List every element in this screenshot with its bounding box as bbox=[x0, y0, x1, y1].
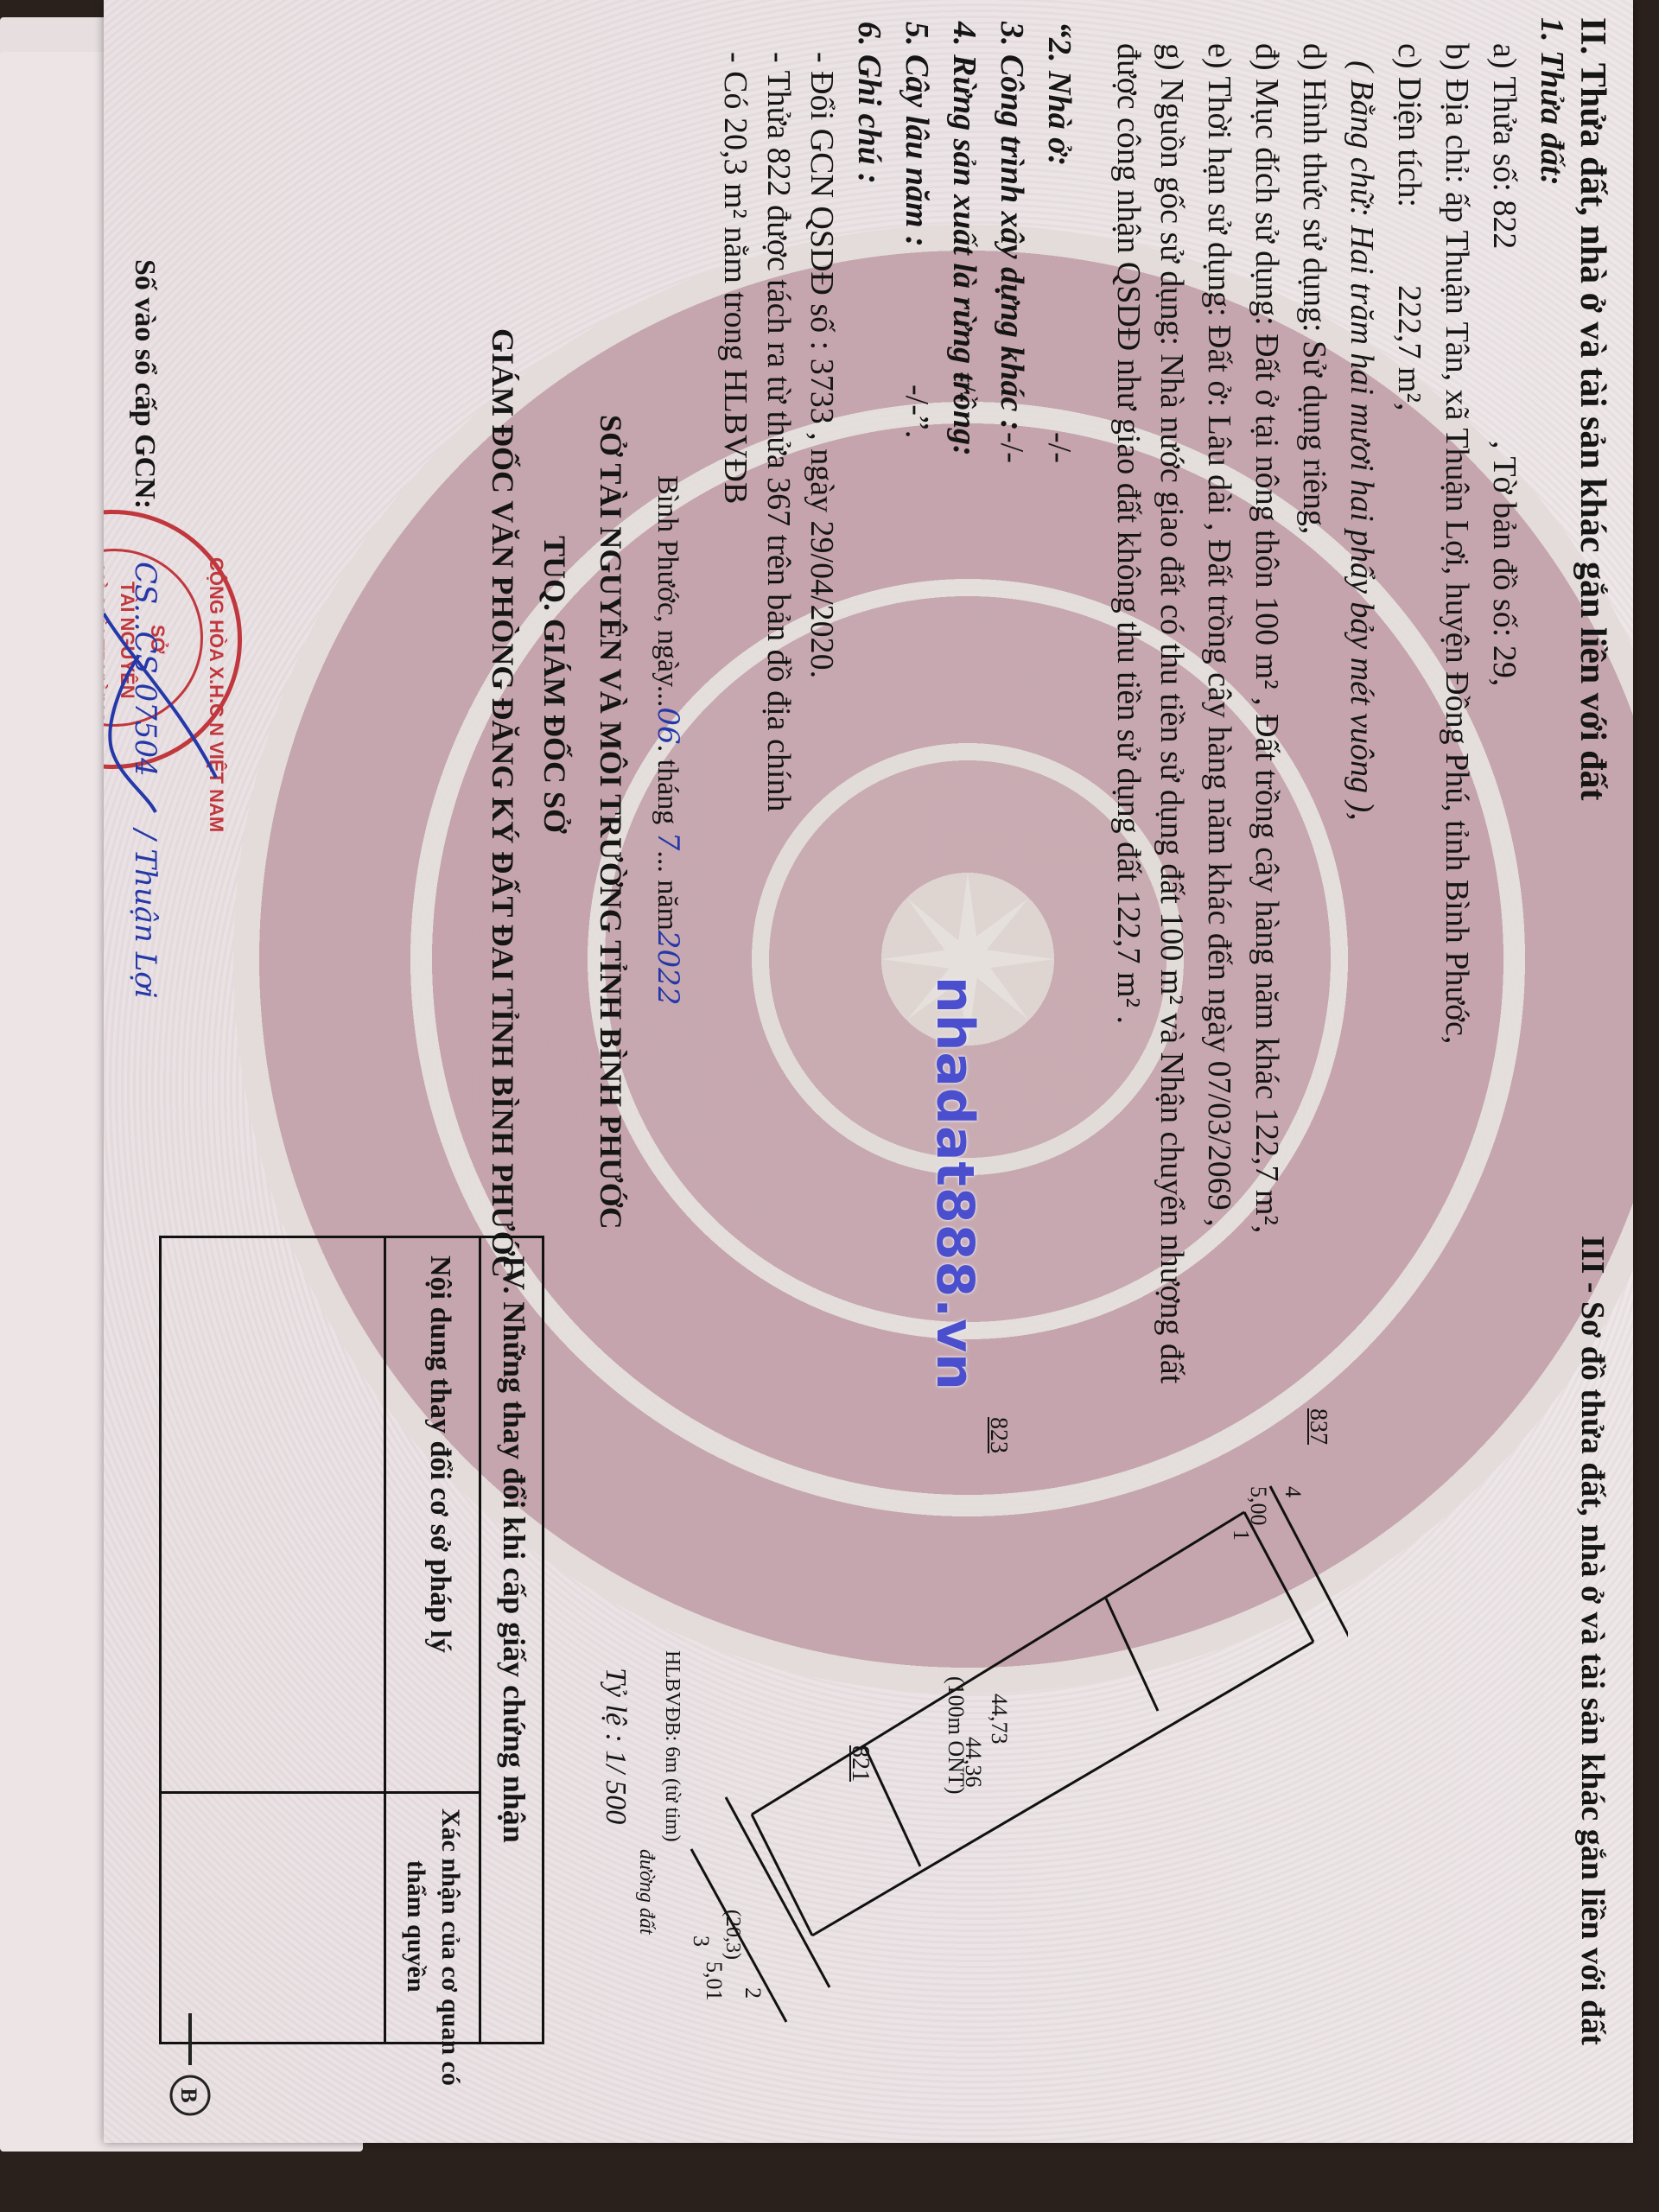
neighbor-parcel: 837 bbox=[1306, 1408, 1331, 1445]
registry-commune: / Thuận Lợi bbox=[129, 829, 160, 999]
plan-scale: Tỷ lệ : 1/ 500 bbox=[600, 1668, 631, 1824]
place-date-prefix: Bình Phước, ngày... bbox=[652, 475, 683, 707]
north-symbol: B bbox=[176, 2088, 201, 2102]
document-stage: II. Thửa đất, nhà ở và tài sản khác gắn … bbox=[0, 0, 1659, 2212]
land-certificate-page: II. Thửa đất, nhà ở và tài sản khác gắn … bbox=[104, 0, 1633, 2143]
north-arrow: B bbox=[160, 2013, 216, 2134]
area-label: c) Diện tích: bbox=[1391, 43, 1426, 207]
notes-heading: 6. Ghi chú : bbox=[851, 22, 886, 184]
issuing-agency: SỞ TÀI NGUYÊN VÀ MÔI TRƯỜNG TỈNH BÌNH PH… bbox=[594, 415, 626, 1230]
registry-label: Số vào sổ cấp GCN: bbox=[129, 259, 160, 509]
section3-title: III - Sơ đồ thửa đất, nhà ở và tài sản k… bbox=[1574, 1236, 1609, 2045]
site-watermark: nhadat888.vn bbox=[925, 976, 985, 1391]
perennial-label: 5. Cây lâu năm : bbox=[899, 22, 933, 247]
section4-title: IV. Những thay đổi khi cấp giấy chứng nh… bbox=[497, 1255, 530, 1843]
changes-table: IV. Những thay đổi khi cấp giấy chứng nh… bbox=[159, 1236, 544, 2044]
origin-line-2: được công nhận QSDĐ như giao đất không t… bbox=[1110, 43, 1145, 1024]
edge-length-bottom: 5,01 bbox=[702, 1961, 726, 2001]
signer-title: GIÁM ĐỐC VĂN PHÒNG ĐĂNG KÝ ĐẤT ĐAI TỈNH … bbox=[486, 328, 518, 1278]
plan-point: 1 bbox=[1230, 1529, 1253, 1541]
house-label: “2. Nhà ở: bbox=[1041, 22, 1076, 166]
changes-table-header: IV. Những thay đổi khi cấp giấy chứng nh… bbox=[479, 1238, 542, 2042]
registry-number: CS...CS 07504 bbox=[129, 562, 160, 777]
neighbor-parcel: 823 bbox=[986, 1417, 1011, 1453]
use-term: e) Thời hạn sử dụng: Đất ở: Lâu dài , Đấ… bbox=[1201, 43, 1236, 1227]
plan-point: 2 bbox=[741, 1987, 765, 1999]
use-form: d) Hình thức sử dụng: Sử dụng riêng, bbox=[1296, 43, 1331, 534]
area-value: 222,7 m², bbox=[1391, 285, 1426, 410]
area-in-words: ( Bằng chữ: Hai trăm hai mươi hai phẩy b… bbox=[1344, 60, 1378, 821]
house-value: -/- bbox=[1041, 432, 1076, 463]
plan-point: 3 bbox=[690, 1935, 713, 1947]
handwritten-month: 7 bbox=[651, 832, 685, 851]
year-label: ... năm bbox=[652, 850, 683, 931]
place-date: Bình Phước, ngày...06. tháng 7... năm202… bbox=[652, 475, 683, 1005]
road-corridor: HLBVĐB: 6m (từ tim) bbox=[661, 1650, 683, 1842]
changes-column-right-header-1: Xác nhận của cơ quan có bbox=[437, 1808, 465, 2086]
other-works-value: -/- bbox=[994, 432, 1028, 463]
note-item: - Có 20,3 m² nằm trong HLBVĐB bbox=[717, 52, 752, 504]
map-sheet-number: , Tờ bản đồ số: 29, bbox=[1486, 441, 1521, 686]
parcel-number: a) Thửa số: 822 bbox=[1486, 43, 1521, 249]
handwritten-day: 06 bbox=[651, 707, 685, 744]
month-label: . tháng bbox=[652, 745, 683, 825]
changes-content-column: Nội dung thay đổi cơ sở pháp lý bbox=[162, 1238, 481, 1794]
signature-scribble-icon bbox=[104, 605, 233, 829]
handwritten-year: 2022 bbox=[651, 931, 685, 1006]
changes-column-right-header-2: thẩm quyền bbox=[403, 1860, 430, 1993]
zone-label: (100m ONT) bbox=[944, 1676, 968, 1794]
forest-value: -/- bbox=[946, 372, 981, 403]
perennial-value: -/-”. bbox=[899, 385, 933, 438]
address: b) Địa chỉ: ấp Thuận Tân, xã Thuận Lợi, … bbox=[1439, 43, 1473, 1044]
land-heading: 1. Thửa đất: bbox=[1534, 17, 1568, 186]
authority-confirm-column: Xác nhận của cơ quan có thẩm quyền bbox=[162, 1791, 481, 2042]
use-purpose: đ) Mục đích sử dụng: Đất ở tại nông thôn… bbox=[1249, 43, 1283, 1233]
road-area: (20,3) bbox=[721, 1910, 743, 1960]
plan-point: 4 bbox=[1281, 1486, 1305, 1497]
changes-column-left-header: Nội dung thay đổi cơ sở pháp lý bbox=[424, 1255, 455, 1653]
note-item: - Đổi GCN QSDĐ số : 3733 , ngày 29/04/20… bbox=[804, 52, 838, 678]
north-arrow-icon: B bbox=[164, 2013, 216, 2134]
neighbor-parcel: 821 bbox=[848, 1745, 873, 1782]
edge-length-top: 5,00 bbox=[1247, 1486, 1270, 1526]
edge-length-left: 44,73 bbox=[988, 1694, 1011, 1745]
other-works-label: 3. Công trình xây dựng khác : bbox=[994, 22, 1028, 431]
section2-title: II. Thửa đất, nhà ở và tài sản khác gắn … bbox=[1573, 17, 1611, 801]
table-row-divider bbox=[384, 1238, 386, 2042]
on-behalf-of: TUQ. GIÁM ĐỐC SỞ bbox=[537, 536, 570, 833]
origin-line-1: g) Nguồn gốc sử dụng: Nhà nước giao đất … bbox=[1154, 43, 1188, 1383]
road-name: đường đất bbox=[635, 1849, 657, 1935]
note-item: - Thửa 822 được tách ra từ thửa 367 trên… bbox=[760, 52, 795, 811]
